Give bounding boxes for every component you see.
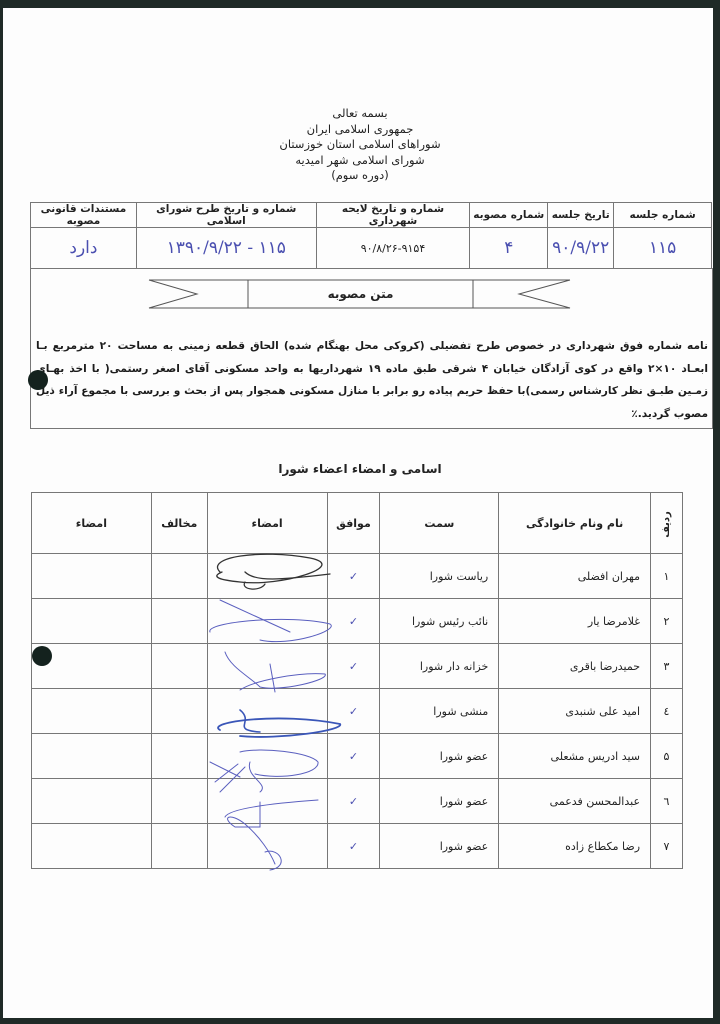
legal-basis: دارد xyxy=(31,228,137,269)
resolution-header-row: شماره جلسه تاریخ جلسه شماره مصوبه شماره … xyxy=(31,203,712,228)
member-row: ۳ حمیدرضا باقری خزانه دار شورا ✓ xyxy=(32,644,683,689)
header-session-number: شماره جلسه xyxy=(614,203,712,228)
letterhead-line: جمهوری اسلامی ایران xyxy=(0,122,720,138)
session-date: ۹۰/۹/۲۲ xyxy=(548,228,614,269)
member-number: ۳ xyxy=(651,644,683,689)
header-signature-disagree: امضاء xyxy=(32,493,152,554)
header-row-number: ردیف xyxy=(651,493,683,554)
disagree-cell xyxy=(151,599,207,644)
disagree-cell xyxy=(151,644,207,689)
header-resolution-number: شماره مصوبه xyxy=(470,203,548,228)
header-disagree: مخالف xyxy=(151,493,207,554)
member-role: عضو شورا xyxy=(380,824,499,869)
disagree-cell xyxy=(151,779,207,824)
agree-checkmark: ✓ xyxy=(327,689,380,734)
signature-cell xyxy=(207,644,327,689)
member-row: ۵ سید ادریس مشعلی عضو شورا ✓ xyxy=(32,734,683,779)
agree-checkmark: ✓ xyxy=(327,779,380,824)
punch-hole-icon xyxy=(28,370,48,390)
signature-cell xyxy=(207,599,327,644)
member-row: ٤ امید علی شنبدی منشی شورا ✓ xyxy=(32,689,683,734)
municipal-bill-ref: ۹۰/۸/۲۶-۹۱۵۴ xyxy=(316,228,470,269)
header-session-date: تاریخ جلسه xyxy=(548,203,614,228)
session-number: ۱۱۵ xyxy=(614,228,712,269)
header-signature-agree: امضاء xyxy=(207,493,327,554)
member-number: ۱ xyxy=(651,554,683,599)
member-name: رضا مکطاع زاده xyxy=(499,824,651,869)
resolution-value-row: ۱۱۵ ۹۰/۹/۲۲ ۴ ۹۰/۸/۲۶-۹۱۵۴ ۱۱۵ - ۱۳۹۰/۹/… xyxy=(31,228,712,269)
disagree-cell xyxy=(151,689,207,734)
member-number: ۷ xyxy=(651,824,683,869)
member-number: ۵ xyxy=(651,734,683,779)
header-council-plan: شماره و تاریخ طرح شورای اسلامی xyxy=(136,203,316,228)
letterhead-line: بسمه تعالی xyxy=(0,106,720,122)
signature-cell xyxy=(207,689,327,734)
signature-disagree-cell xyxy=(32,689,152,734)
signature-disagree-cell xyxy=(32,734,152,779)
letterhead: بسمه تعالی جمهوری اسلامی ایران شوراهای ا… xyxy=(0,106,720,184)
signature-disagree-cell xyxy=(32,599,152,644)
agree-checkmark: ✓ xyxy=(327,599,380,644)
agree-checkmark: ✓ xyxy=(327,824,380,869)
member-name: غلامرضا یار xyxy=(499,599,651,644)
members-table: ردیف نام ونام خانوادگی سمت موافق امضاء م… xyxy=(31,492,683,869)
member-name: مهران افضلی xyxy=(499,554,651,599)
member-role: عضو شورا xyxy=(380,779,499,824)
member-name: حمیدرضا باقری xyxy=(499,644,651,689)
header-legal-basis: مستندات قانونی مصوبه xyxy=(31,203,137,228)
header-name: نام ونام خانوادگی xyxy=(499,493,651,554)
member-name: امید علی شنبدی xyxy=(499,689,651,734)
resolution-body: نامه شماره فوق شهرداری در خصوص طرح تفضیل… xyxy=(36,335,708,425)
scan-edge xyxy=(0,1018,720,1024)
resolution-number: ۴ xyxy=(470,228,548,269)
member-role: عضو شورا xyxy=(380,734,499,779)
agree-checkmark: ✓ xyxy=(327,554,380,599)
signature-cell xyxy=(207,824,327,869)
resolution-info-table: شماره جلسه تاریخ جلسه شماره مصوبه شماره … xyxy=(30,202,712,269)
signature-cell xyxy=(207,734,327,779)
signature-disagree-cell xyxy=(32,824,152,869)
agree-checkmark: ✓ xyxy=(327,734,380,779)
member-number: ۲ xyxy=(651,599,683,644)
letterhead-line: (دوره سوم) xyxy=(0,168,720,184)
resolution-text-title: متن مصوبه xyxy=(248,278,473,310)
member-role: ریاست شورا xyxy=(380,554,499,599)
letterhead-line: شورای اسلامی شهر امیدیه xyxy=(0,153,720,169)
header-agree: موافق xyxy=(327,493,380,554)
member-row: ۲ غلامرضا یار نائب رئیس شورا ✓ xyxy=(32,599,683,644)
members-header-row: ردیف نام ونام خانوادگی سمت موافق امضاء م… xyxy=(32,493,683,554)
signature-disagree-cell xyxy=(32,779,152,824)
member-number: ٦ xyxy=(651,779,683,824)
member-row: ٦ عبدالمحسن فدعمی عضو شورا ✓ xyxy=(32,779,683,824)
council-plan-ref: ۱۱۵ - ۱۳۹۰/۹/۲۲ xyxy=(136,228,316,269)
punch-hole-icon xyxy=(32,646,52,666)
disagree-cell xyxy=(151,824,207,869)
member-name: عبدالمحسن فدعمی xyxy=(499,779,651,824)
signature-cell xyxy=(207,554,327,599)
member-name: سید ادریس مشعلی xyxy=(499,734,651,779)
member-role: خزانه دار شورا xyxy=(380,644,499,689)
signature-cell xyxy=(207,779,327,824)
member-number: ٤ xyxy=(651,689,683,734)
header-role: سمت xyxy=(380,493,499,554)
member-role: نائب رئیس شورا xyxy=(380,599,499,644)
member-row: ۷ رضا مکطاع زاده عضو شورا ✓ xyxy=(32,824,683,869)
members-title: اسامی و امضاء اعضاء شورا xyxy=(0,462,720,476)
member-role: منشی شورا xyxy=(380,689,499,734)
member-row: ۱ مهران افضلی ریاست شورا ✓ xyxy=(32,554,683,599)
signature-disagree-cell xyxy=(32,554,152,599)
agree-checkmark: ✓ xyxy=(327,644,380,689)
disagree-cell xyxy=(151,554,207,599)
letterhead-line: شوراهای اسلامی استان خوزستان xyxy=(0,137,720,153)
header-municipal-bill: شماره و تاریخ لایحه شهرداری xyxy=(316,203,470,228)
disagree-cell xyxy=(151,734,207,779)
